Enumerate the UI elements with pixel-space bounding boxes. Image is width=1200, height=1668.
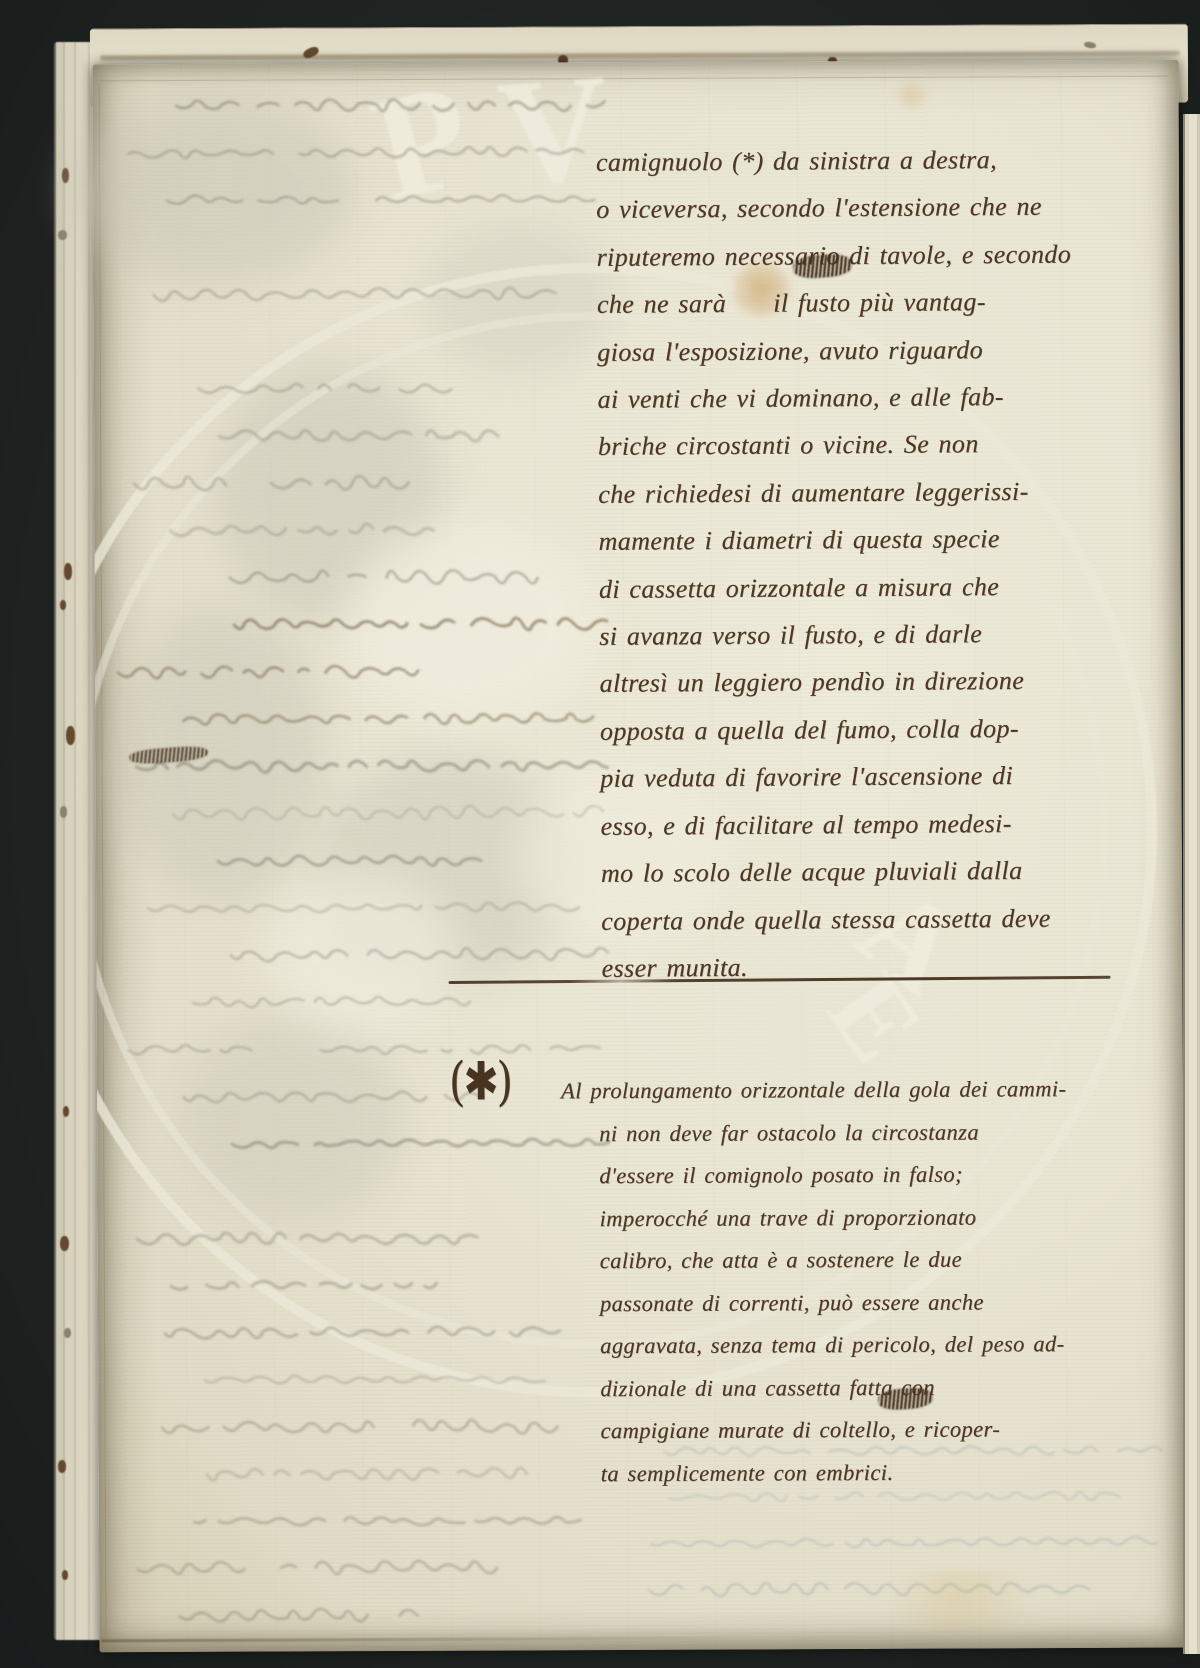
footnote-line: imperocché una trave di proporzionato <box>599 1195 1114 1240</box>
ink-mark <box>60 806 67 818</box>
ink-mark <box>58 230 67 240</box>
main-text-block: camignuolo (*) da sinistra a destra,o vi… <box>596 135 1127 992</box>
ink-stain <box>889 81 935 111</box>
manuscript-line: camignuolo (*) da sinistra a destra, <box>596 135 1121 186</box>
ink-stain <box>859 1570 1059 1631</box>
ink-mark <box>66 726 75 745</box>
show-through-handwriting <box>101 88 613 1650</box>
manuscript-line: mamente i diametri di questa specie <box>598 514 1123 565</box>
manuscript-line: giosa l'esposizione, avuto riguardo <box>597 325 1122 376</box>
page-border-line <box>99 84 107 1638</box>
footnote-line: dizionale di una cassetta fatta con <box>600 1365 1115 1410</box>
manuscript-line: briche circostanti o vicine. Se non <box>598 420 1123 471</box>
manuscript-line: che richiedesi di aumentare leggerissi- <box>598 467 1123 518</box>
manuscript-line: ai venti che vi dominano, e alle fab- <box>597 372 1122 423</box>
ink-mark <box>63 1106 69 1117</box>
footnote-line: passonate di correnti, può essere anche <box>600 1280 1115 1325</box>
watermark-letter: P <box>360 58 486 226</box>
footnote-line: aggravata, senza tema di pericolo, del p… <box>600 1323 1115 1368</box>
ink-mark <box>60 600 66 610</box>
footnote-line: calibro, che atta è a sostenere le due <box>600 1238 1115 1283</box>
manuscript-line: mo lo scolo delle acque pluviali dalla <box>601 846 1126 897</box>
ink-mark <box>64 1328 71 1338</box>
manuscript-line: esser munita. <box>601 941 1126 992</box>
ink-mark <box>62 168 69 183</box>
manuscript-line: altresì un leggiero pendìo in direzione <box>599 657 1124 708</box>
ink-mark <box>62 1570 68 1580</box>
manuscript-line: coperta onde quella stessa cassetta deve <box>601 894 1126 945</box>
page-border-line <box>97 76 1169 82</box>
manuscript-line: opposta a quella del fumo, colla dop- <box>600 704 1125 755</box>
manuscript-page: P V A E camignuolo (*) da sinistra a des… <box>93 60 1186 1653</box>
manuscript-line: si avanza verso il fusto, e di darle <box>599 609 1124 660</box>
ink-mark <box>64 563 72 580</box>
footnote-line: ta semplicemente con embrici. <box>601 1450 1116 1495</box>
manuscript-line: o viceversa, secondo l'estensione che ne <box>596 183 1121 234</box>
photograph-background: P V A E camignuolo (*) da sinistra a des… <box>0 0 1200 1668</box>
footnote-line: campigiane murate di coltello, e ricoper… <box>600 1408 1115 1453</box>
manuscript-line: di cassetta orizzontale a misura che <box>599 562 1124 613</box>
manuscript-line: pia veduta di favorire l'ascensione di <box>600 751 1125 802</box>
manuscript-line: riputeremo necessario di tavole, e secon… <box>596 230 1121 281</box>
paper-crease <box>101 1637 731 1643</box>
adjacent-page-edge <box>1183 114 1200 1654</box>
footnote-line: Al prolungamento orizzontale della gola … <box>561 1068 1114 1113</box>
ink-mark <box>60 1236 69 1251</box>
manuscript-line: che ne sarà il fusto più vantag- <box>597 277 1122 328</box>
ink-mark <box>58 1460 66 1473</box>
footnote-block: Al prolungamento orizzontale della gola … <box>599 1068 1116 1495</box>
ink-scribble <box>129 745 208 765</box>
paper-crease <box>100 51 1180 61</box>
footnote-marker: (✱) <box>449 1050 511 1112</box>
footnote-line: ni non deve far ostacolo la circostanza <box>599 1110 1114 1155</box>
footnote-line: d'essere il comignolo posato in falso; <box>599 1153 1114 1198</box>
manuscript-line: esso, e di facilitare al tempo medesi- <box>600 799 1125 850</box>
